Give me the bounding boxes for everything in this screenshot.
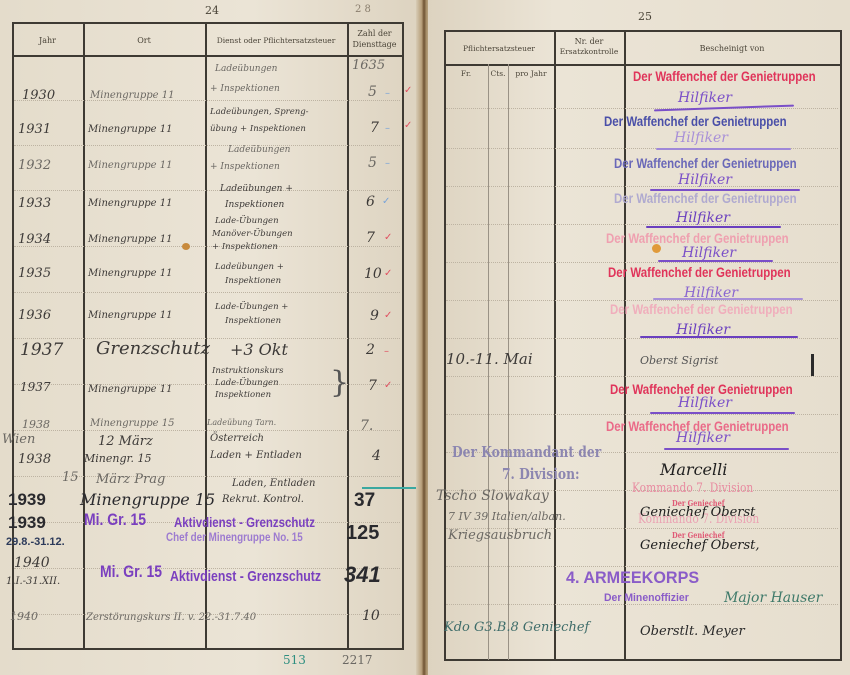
cell-dienst: + Inspektionen	[210, 162, 280, 172]
brace: }	[330, 365, 349, 400]
teal-line	[362, 487, 422, 489]
header-fr: Fr.	[446, 68, 486, 79]
cell-dienst: Lade-Übungen	[215, 216, 279, 226]
stamp-kommandant: Der Kommandant der	[452, 443, 601, 461]
entry-kdo-geniechef: Kdo G3.B.8 Geniechef	[444, 620, 589, 635]
signature-stroke	[653, 298, 803, 300]
row-guide	[14, 100, 400, 101]
row-guide	[446, 224, 838, 225]
cell-dienst: Inspektionen	[225, 200, 284, 210]
entry-tscho: Tscho Slowakay	[436, 488, 549, 504]
cell-ort: Minengruppe 11	[88, 124, 172, 135]
cell-tage: 10	[362, 608, 380, 624]
stamp-aktivdienst: Aktivdienst - Grenzschutz	[174, 514, 315, 530]
left-page: 24 2 8 Jahr Ort Dienst oder Pflichtersat…	[0, 0, 420, 675]
cell-dienst: Ladeübung Tarn.	[207, 418, 276, 427]
table-bottom-border	[444, 659, 842, 661]
cell-ort: Minengruppe 11	[90, 90, 174, 101]
col-border	[83, 22, 85, 649]
signature-stroke	[656, 148, 791, 150]
corner-note: 2 8	[355, 4, 371, 15]
signature-hilfiker: Hilfiker	[678, 395, 732, 411]
cell-dienst: Ladeübungen, Spreng-	[210, 107, 309, 117]
table-bottom-border	[12, 648, 404, 650]
header-bottom-border	[444, 64, 842, 66]
signature-stroke	[650, 412, 795, 414]
cell-ort: Minengruppe 15	[80, 490, 215, 509]
stain	[652, 244, 661, 253]
signature-hilfiker: Hilfiker	[676, 430, 730, 446]
header-zahl-2: Diensttage	[347, 39, 402, 50]
cell-dienst: +3 Okt	[230, 340, 288, 359]
row-guide	[14, 292, 400, 293]
stamp-migr-15: Mi. Gr. 15	[84, 510, 146, 530]
col-border	[205, 22, 207, 649]
row-guide	[14, 190, 400, 191]
stamp-waffenchef: Der Waffenchef der Genietruppen	[610, 301, 793, 317]
col-border	[402, 22, 404, 649]
bracket-mark	[811, 354, 814, 376]
cell-jahr: 1940	[14, 555, 50, 571]
row-guide	[446, 186, 838, 187]
cell-ort: Grenzschutz	[96, 338, 210, 359]
signature-stroke	[646, 226, 781, 228]
cell-tage: 7	[368, 378, 377, 394]
page-number: 24	[205, 4, 219, 17]
entry-kriegsausbruch: Kriegsausbruch	[448, 528, 552, 543]
col-border	[347, 22, 349, 649]
signature-marcelli: Marcelli	[660, 460, 727, 479]
cell-tage: 7	[370, 120, 379, 136]
signature-stroke	[650, 189, 800, 191]
cell-ort: Minengruppe 11	[88, 160, 172, 171]
cell-ort: Minengruppe 11	[88, 268, 172, 279]
footer-note: 2217	[342, 653, 373, 667]
signature-geniechef-oberst: Geniechef Oberst	[640, 505, 755, 520]
row-guide	[14, 246, 400, 247]
note-ort: März Prag	[96, 472, 165, 487]
header-cts: Cts.	[488, 68, 508, 79]
stamp-waffenchef: Der Waffenchef der Genietruppen	[608, 264, 791, 280]
carry-total: 1635	[352, 58, 385, 73]
cell-dienst: + Inspektionen	[210, 84, 280, 94]
stamp-division: 7. Division:	[502, 465, 580, 483]
stamp-chef-minengruppe: Chef der Minengruppe No. 15	[166, 530, 303, 544]
signature-sigrist: Oberst Sigrist	[640, 354, 718, 367]
signature-geniechef-oberst: Geniechef Oberst,	[640, 538, 760, 553]
cell-dienst: Inspektionen	[225, 316, 281, 326]
table-top-border	[12, 22, 404, 24]
cell-tage: 9	[370, 308, 379, 324]
footer-note: 513	[283, 653, 306, 667]
cell-jahr: 1931	[18, 122, 51, 137]
entry-mai: 10.-11. Mai	[446, 350, 533, 368]
stamp-waffenchef: Der Waffenchef der Genietruppen	[633, 68, 816, 84]
stamp-aktivdienst: Aktivdienst - Grenzschutz	[170, 568, 321, 585]
row-guide	[446, 108, 838, 109]
header-steuer: Pflichtersatzsteuer	[444, 43, 554, 54]
row-guide	[446, 414, 838, 415]
cell-dienst: Inspektionen	[225, 276, 281, 286]
cell-tage: 5	[368, 84, 377, 100]
signature-hilfiker: Hilfiker	[674, 130, 728, 146]
note-dienst: Österreich	[210, 433, 264, 444]
signature-oberstlt-meyer: Oberstlt. Meyer	[640, 624, 745, 639]
header-zahl-1: Zahl der	[347, 28, 402, 39]
cell-jahr: 1935	[18, 266, 51, 281]
cell-dienst: Lade-Übungen	[215, 378, 279, 388]
cell-tage: 125	[346, 522, 379, 545]
stamp-waffenchef: Der Waffenchef der Genietruppen	[614, 190, 797, 206]
cell-tage: 37	[354, 490, 375, 512]
cell-tage: 7.	[360, 418, 373, 434]
stamp-migr-15: Mi. Gr. 15	[100, 562, 162, 582]
signature-stroke	[658, 260, 773, 262]
cell-jahr: 1937	[20, 340, 63, 360]
cell-ort: Minengr. 15	[84, 452, 152, 465]
cell-dienst: Ladeübungen	[228, 145, 290, 155]
signature-hilfiker: Hilfiker	[678, 172, 732, 188]
col-border	[840, 30, 842, 660]
cell-jahr-range: 29.8.-31.12.	[6, 536, 65, 548]
cell-ort: Minengruppe 11	[88, 234, 172, 245]
cell-tage: 10	[364, 266, 382, 282]
stamp-waffenchef: Der Waffenchef der Genietruppen	[606, 230, 789, 246]
cell-ort: Zerstörungskurs II. v. 22.-31.7.40	[86, 612, 256, 623]
page-number: 25	[638, 10, 652, 23]
stain	[182, 243, 190, 250]
cell-dienst: Laden + Entladen	[210, 450, 302, 461]
stamp-waffenchef: Der Waffenchef der Genietruppen	[604, 113, 787, 129]
cell-jahr: 1930	[22, 88, 55, 103]
stamp-kommando-7-division: Kommando 7. Division	[632, 481, 753, 496]
cell-dienst: Inspektionen	[215, 390, 271, 400]
cell-jahr: 1938	[22, 418, 50, 431]
signature-hilfiker: Hilfiker	[682, 245, 736, 261]
cell-dienst: Laden, Entladen	[232, 478, 315, 489]
cell-dienst: Rekrut. Kontrol.	[222, 494, 304, 505]
signature-hilfiker: Hilfiker	[678, 90, 732, 106]
cell-jahr: 1933	[18, 196, 51, 211]
entry-italien: 7 IV 39 Italien/alban.	[448, 510, 566, 523]
cell-ort: Minengruppe 11	[88, 198, 172, 209]
cell-dienst: Instruktionskurs	[212, 366, 283, 376]
note-ort: 12 März	[98, 434, 153, 449]
cell-tage: 4	[372, 448, 381, 464]
row-guide	[14, 430, 400, 431]
cell-jahr: 1936	[18, 308, 51, 323]
cell-dienst: + Inspektionen	[212, 242, 278, 252]
header-ort: Ort	[83, 35, 205, 46]
cell-tage: 5	[368, 155, 377, 171]
signature-major: Major Hauser	[724, 590, 822, 606]
stamp-minenoffizier: Der Minenoffizier	[604, 592, 689, 604]
row-guide	[14, 145, 400, 146]
cell-jahr-range: 1.I.-31.XII.	[6, 576, 60, 587]
cell-tage: 2	[366, 342, 375, 358]
cell-tage: 341	[344, 562, 381, 588]
cell-jahr: 1934	[18, 232, 51, 247]
cell-jahr: 1940	[10, 610, 38, 623]
cell-ort: Minengruppe 11	[88, 310, 172, 321]
cell-dienst: Ladeübungen +	[215, 262, 284, 272]
note-jahr: Wien	[2, 432, 35, 447]
cell-jahr: 1932	[18, 158, 51, 173]
table-top-border	[444, 30, 842, 32]
header-bottom-border	[12, 55, 404, 57]
cell-dienst: Ladeübungen	[215, 64, 277, 74]
header-pro-jahr: pro Jahr	[508, 68, 554, 79]
signature-stroke	[664, 448, 789, 450]
cell-jahr: 1939	[8, 490, 46, 510]
stamp-waffenchef: Der Waffenchef der Genietruppen	[614, 155, 797, 171]
cell-tage: 7	[366, 230, 375, 246]
cell-ort: Minengruppe 11	[88, 384, 172, 395]
row-guide	[446, 338, 838, 339]
cell-tage: 6	[366, 194, 375, 210]
cell-jahr: 1939	[8, 513, 46, 533]
cell-dienst: Manöver-Übungen	[212, 229, 293, 239]
signature-stroke	[640, 336, 798, 338]
header-bescheinigt: Bescheinigt von	[624, 43, 840, 54]
stamp-armeekorps: 4. ARMEEKORPS	[566, 568, 699, 588]
cell-dienst: Ladeübungen +	[220, 184, 293, 194]
cell-dienst: Lade-Übungen +	[215, 302, 288, 312]
row-guide	[446, 566, 838, 567]
header-nr-2: Ersatzkontrolle	[554, 46, 624, 57]
cell-jahr: 1938	[18, 452, 51, 467]
note-jahr: 15	[62, 470, 79, 485]
row-guide	[446, 262, 838, 263]
cell-ort: Minengruppe 15	[90, 418, 174, 429]
cell-jahr: 1937	[20, 380, 51, 394]
cell-dienst: übung + Inspektionen	[210, 124, 306, 134]
header-jahr: Jahr	[12, 35, 83, 46]
header-dienst: Dienst oder Pflichtersatzsteuer	[205, 35, 347, 46]
right-page: 25 Pflichtersatzsteuer Nr. der Ersatzkon…	[428, 0, 850, 675]
row-guide	[446, 376, 838, 377]
signature-hilfiker: Hilfiker	[676, 210, 730, 226]
